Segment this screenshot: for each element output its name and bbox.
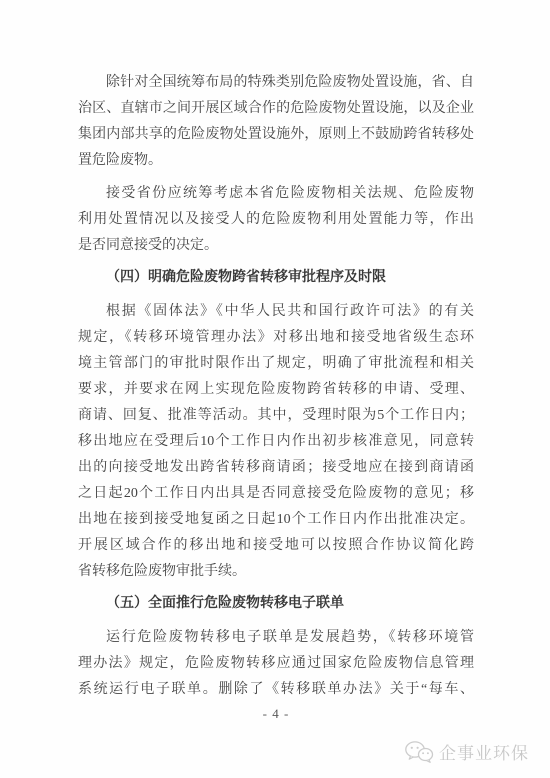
document-page: 除针对全国统筹布局的特殊类别危险废物处置设施，省、自治区、直辖市之间开展区域合作… [0, 0, 550, 778]
text-line: 除针对全国统筹布局的特殊类别危险废物处置设施，省、自 [78, 70, 474, 96]
text-line: 系统运行电子联单。删除了《转移联单办法》关于“每车、 [78, 677, 474, 703]
text-line: 运行危险废物转移电子联单是发展趋势，《转移环境管 [78, 625, 474, 651]
watermark: 企事业环保 [404, 739, 529, 764]
watermark-label: 企事业环保 [439, 739, 529, 764]
heading-line: （四）明确危险废物跨省转移审批程序及时限 [78, 265, 474, 291]
paragraph: 除针对全国统筹布局的特殊类别危险废物处置设施，省、自治区、直辖市之间开展区域合作… [78, 70, 474, 174]
text-line: 出地在接到接受地复函之日起10个工作日内作出批准决定。 [78, 507, 474, 533]
text-line: 是否同意接受的决定。 [78, 233, 474, 259]
text-line: 出的向接受地发出跨省转移商请函；接受地应在接到商请函 [78, 455, 474, 481]
text-line: 治区、直辖市之间开展区域合作的危险废物处置设施，以及企业 [78, 96, 474, 122]
text-line: 商请、回复、批准等活动。其中，受理时限为5个工作日内； [78, 403, 474, 429]
document-body: 除针对全国统筹布局的特殊类别危险废物处置设施，省、自治区、直辖市之间开展区域合作… [78, 70, 474, 703]
text-line: 理办法》规定，危险废物转移应通过国家危险废物信息管理 [78, 651, 474, 677]
paragraph: 接受省份应统筹考虑本省危险废物相关法规、危险废物利用处置情况以及接受人的危险废物… [78, 181, 474, 259]
text-line: 开展区域合作的移出地和接受地可以按照合作协议简化跨 [78, 533, 474, 559]
text-line: 要求，并要求在网上实现危险废物跨省转移的申请、受理、 [78, 377, 474, 403]
text-line: 集团内部共享的危险废物处置设施外，原则上不鼓励跨省转移处 [78, 122, 474, 148]
paragraph: 根据《固体法》《中华人民共和国行政许可法》的有关规定，《转移环境管理办法》对移出… [78, 299, 474, 585]
text-line: 省转移危险废物审批手续。 [78, 559, 474, 585]
section-heading: （五）全面推行危险废物转移电子联单 [78, 591, 474, 617]
wechat-icon [404, 740, 434, 764]
text-line: 移出地应在受理后10个工作日内作出初步核准意见，同意转 [78, 429, 474, 455]
heading-line: （五）全面推行危险废物转移电子联单 [78, 591, 474, 617]
text-line: 根据《固体法》《中华人民共和国行政许可法》的有关 [78, 299, 474, 325]
text-line: 利用处置情况以及接受人的危险废物利用处置能力等，作出 [78, 207, 474, 233]
text-line: 之日起20个工作日内出具是否同意接受危险废物的意见；移 [78, 481, 474, 507]
text-line: 境主管部门的审批时限作出了规定，明确了审批流程和相关 [78, 351, 474, 377]
text-line: 规定，《转移环境管理办法》对移出地和接受地省级生态环 [78, 325, 474, 351]
paragraph: 运行危险废物转移电子联单是发展趋势，《转移环境管理办法》规定，危险废物转移应通过… [78, 625, 474, 703]
page-number: - 4 - [78, 706, 474, 722]
text-line: 接受省份应统筹考虑本省危险废物相关法规、危险废物 [78, 181, 474, 207]
text-line: 置危险废物。 [78, 148, 474, 174]
section-heading: （四）明确危险废物跨省转移审批程序及时限 [78, 265, 474, 291]
